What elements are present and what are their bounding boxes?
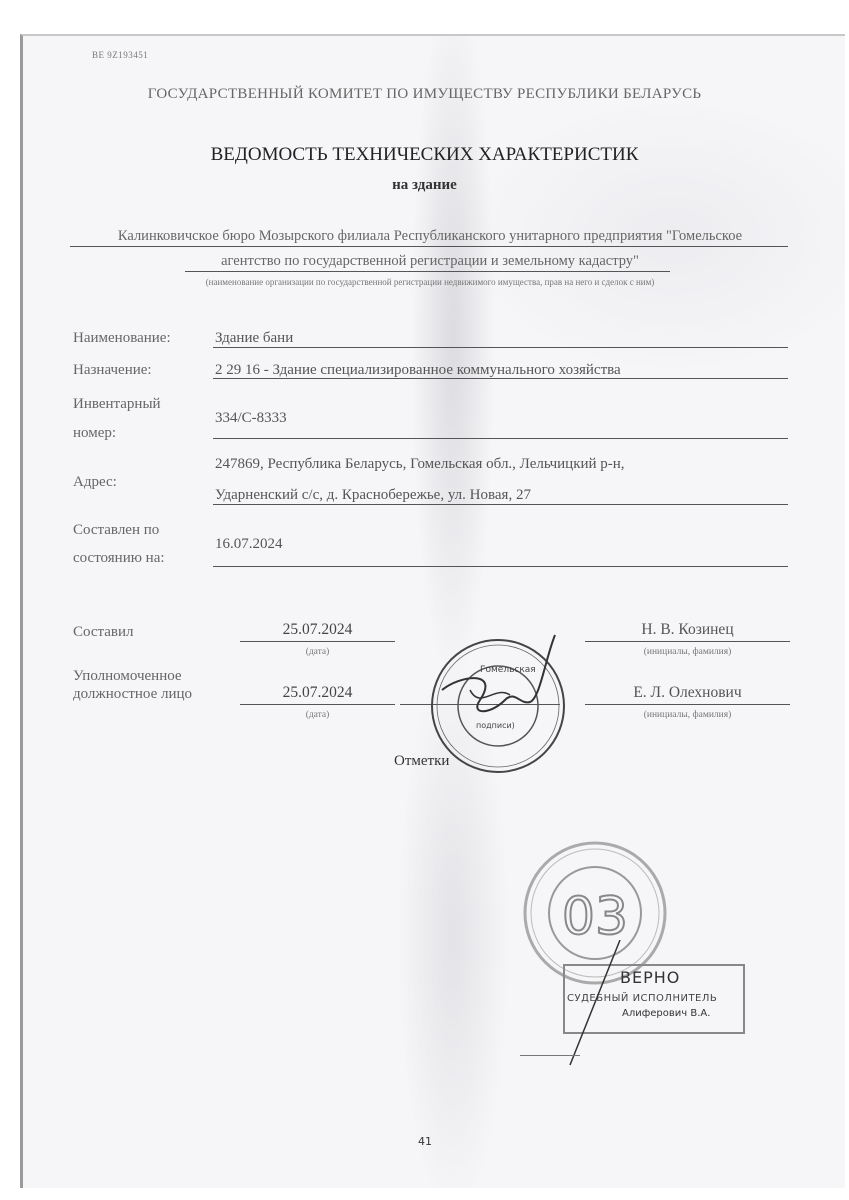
official-date: 25.07.2024 [240,684,395,702]
purpose-underline [213,378,788,379]
name-label: Наименование: [73,330,171,347]
document-subtitle: на здание [0,177,849,194]
official-date-underline [240,704,395,705]
official-label-1: Уполномоченное [73,668,182,685]
official-label-2: должностное лицо [73,686,192,703]
organization-line-1: Калинковичское бюро Мозырского филиала Р… [60,228,800,245]
compiled-date-hint: (дата) [240,647,395,657]
compiled-label: Составил [73,624,134,641]
address-label: Адрес: [73,474,117,491]
svg-text:Гомельская: Гомельская [480,665,536,675]
compiled-name: Н. В. Козинец [585,621,790,639]
address-line-2: Ударненский с/с, д. Краснобережье, ул. Н… [215,487,531,504]
inventory-value: 334/С-8333 [215,410,287,427]
state-label-1: Составлен по [73,522,159,539]
organization-underline-1 [70,246,788,247]
agency-seal-icon: Гомельская подписи) [420,630,580,775]
purpose-label: Назначение: [73,362,152,379]
organization-caption: (наименование организации по государстве… [60,277,800,287]
svg-text:03: 03 [562,887,628,947]
organization-line-2: агентство по государственной регистрации… [60,253,800,270]
name-value: Здание бани [215,330,293,347]
state-underline [213,566,788,567]
inventory-label-1: Инвентарный [73,396,161,413]
state-label-2: состоянию на: [73,550,165,567]
page-number: 41 [410,1135,440,1148]
official-name: Е. Л. Олехнович [585,684,790,702]
inventory-label-2: номер: [73,425,116,442]
compiled-name-hint: (инициалы, фамилия) [585,647,790,657]
name-underline [213,347,788,348]
document-title: ВЕДОМОСТЬ ТЕХНИЧЕСКИХ ХАРАКТЕРИСТИК [0,144,849,166]
verno-name: Алиферович В.А. [622,1008,710,1019]
bailiff-signature-line [520,1055,580,1056]
official-name-hint: (инициалы, фамилия) [585,710,790,720]
compiled-date-underline [240,641,395,642]
svg-text:подписи): подписи) [476,721,515,730]
compiled-date: 25.07.2024 [240,621,395,639]
state-date-value: 16.07.2024 [215,536,283,553]
issuer-heading: ГОСУДАРСТВЕННЫЙ КОМИТЕТ ПО ИМУЩЕСТВУ РЕС… [0,86,849,103]
organization-underline-2 [185,271,670,272]
inventory-underline [213,438,788,439]
compiled-name-underline [585,641,790,642]
purpose-value: 2 29 16 - Здание специализированное комм… [215,362,621,379]
official-date-hint: (дата) [240,710,395,720]
official-name-underline [585,704,790,705]
address-line-1: 247869, Республика Беларусь, Гомельская … [215,456,625,473]
bailiff-signature-icon [560,940,630,1070]
address-underline [213,504,788,505]
serial-number: ВЕ 9Z193451 [92,50,148,60]
